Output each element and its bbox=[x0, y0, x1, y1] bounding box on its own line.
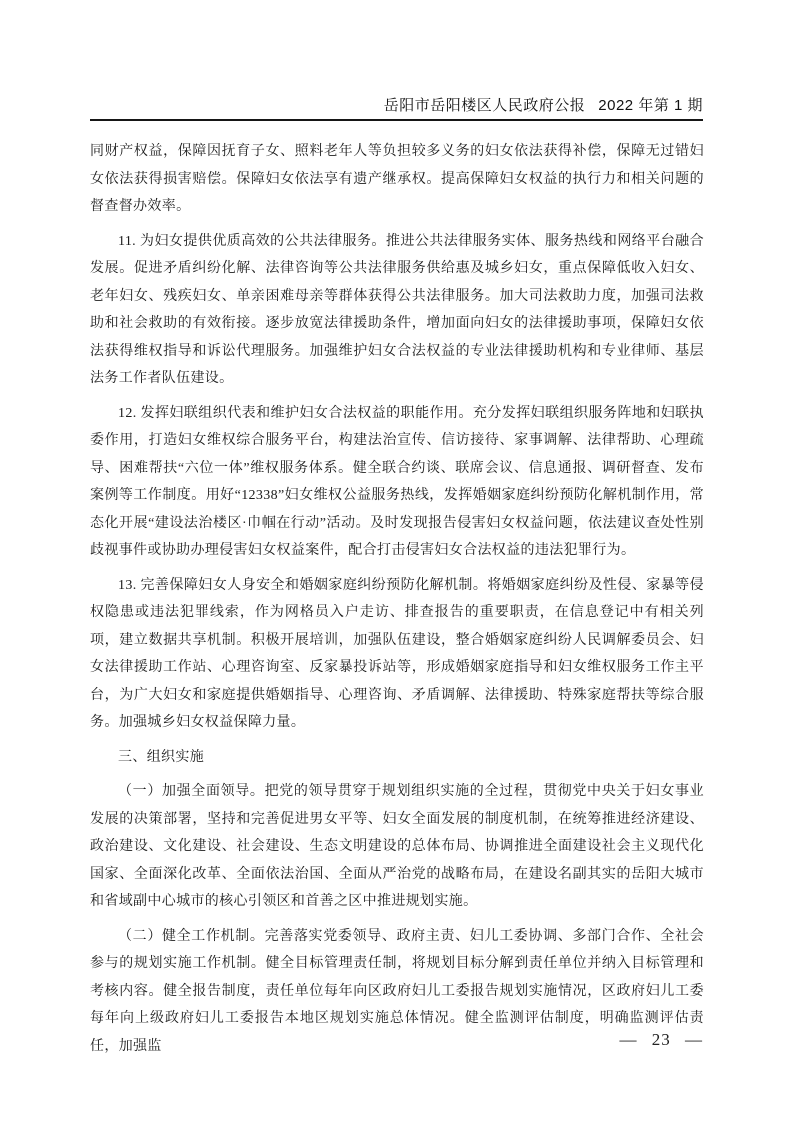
gazette-page: 岳阳市岳阳楼区人民政府公报2022 年第 1 期 同财产权益，保障因抚育子女、照… bbox=[0, 0, 793, 1122]
paragraph: （二）健全工作机制。完善落实党委领导、政府主责、妇儿工委协调、多部门合作、全社会… bbox=[90, 923, 704, 1061]
paragraph: （一）加强全面领导。把党的领导贯穿于规划组织实施的全过程，贯彻党中央关于妇女事业… bbox=[90, 778, 704, 916]
paragraph: 11. 为妇女提供优质高效的公共法律服务。推进公共法律服务实体、服务热线和网络平… bbox=[90, 228, 704, 393]
page-header: 岳阳市岳阳楼区人民政府公报2022 年第 1 期 bbox=[90, 97, 703, 115]
paragraph: 同财产权益，保障因抚育子女、照料老年人等负担较多义务的妇女依法获得补偿，保障无过… bbox=[90, 138, 704, 221]
issue-label: 2022 年第 1 期 bbox=[598, 97, 703, 114]
header-rule bbox=[90, 119, 703, 121]
page-number: — 23 — bbox=[620, 1030, 704, 1050]
publication-title: 岳阳市岳阳楼区人民政府公报 bbox=[384, 97, 586, 114]
section-heading: 三、组织实施 bbox=[90, 744, 704, 772]
paragraph: 12. 发挥妇联组织代表和维护妇女合法权益的职能作用。充分发挥妇联组织服务阵地和… bbox=[90, 400, 704, 565]
document-body: 同财产权益，保障因抚育子女、照料老年人等负担较多义务的妇女依法获得补偿，保障无过… bbox=[90, 138, 704, 1067]
paragraph: 13. 完善保障妇女人身安全和婚姻家庭纠纷预防化解机制。将婚姻家庭纠纷及性侵、家… bbox=[90, 572, 704, 737]
